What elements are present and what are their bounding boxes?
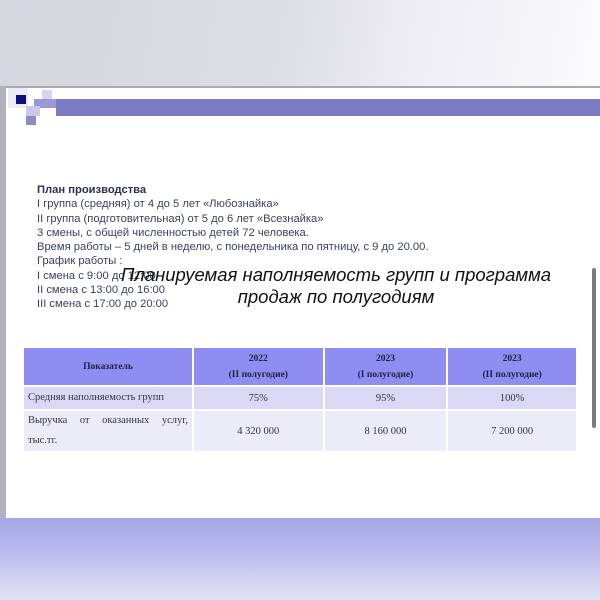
header-indicator: Показатель	[24, 348, 193, 386]
table-row: Средняя наполняемость групп 75% 95% 100%	[24, 386, 576, 410]
decor-square	[42, 90, 52, 99]
slide-title: Планируемая наполняемость групп и програ…	[66, 264, 600, 308]
slide-title-line: продаж по полугодиям	[66, 286, 600, 308]
decor-square	[26, 116, 36, 125]
decor-square	[26, 106, 40, 116]
header-2022-h2: 2022 (II полугодие)	[193, 348, 324, 386]
plan-title: План производства	[37, 183, 428, 197]
plan-line: I группа (средняя) от 4 до 5 лет «Любозн…	[37, 197, 428, 211]
header-period: (II полугодие)	[452, 367, 572, 383]
background-bottom	[0, 518, 600, 600]
decor-square-dark	[16, 95, 26, 104]
header-year: 2022	[198, 351, 319, 367]
vertical-scrollbar[interactable]	[592, 268, 596, 428]
slide-header-bar	[56, 99, 600, 116]
plan-line: II группа (подготовительная) от 5 до 6 л…	[37, 212, 428, 226]
plan-line: 3 смены, с общей численностью детей 72 ч…	[37, 226, 428, 240]
table-cell: 100%	[447, 386, 576, 410]
background-top	[0, 0, 600, 86]
table-row: Выручка от оказанных услуг, тыс.тг. 4 32…	[24, 410, 576, 452]
table-cell: 75%	[193, 386, 324, 410]
table-cell: 4 320 000	[193, 410, 324, 452]
header-2023-h2: 2023 (II полугодие)	[447, 348, 576, 386]
slide-title-line: Планируемая наполняемость групп и програ…	[66, 264, 600, 286]
header-text: Показатель	[83, 362, 133, 372]
presentation-slide: План производства I группа (средняя) от …	[6, 86, 600, 518]
row-label: Средняя наполняемость групп	[24, 386, 193, 410]
table-cell: 8 160 000	[324, 410, 448, 452]
table-cell: 7 200 000	[447, 410, 576, 452]
table-cell: 95%	[324, 386, 448, 410]
header-year: 2023	[329, 351, 443, 367]
header-period: (I полугодие)	[329, 367, 443, 383]
sales-table: Показатель 2022 (II полугодие) 2023 (I п…	[24, 348, 576, 453]
header-year: 2023	[452, 351, 572, 367]
header-2023-h1: 2023 (I полугодие)	[324, 348, 448, 386]
header-period: (II полугодие)	[198, 367, 319, 383]
plan-line: Время работы – 5 дней в неделю, с понеде…	[37, 240, 428, 254]
row-label: Выручка от оказанных услуг, тыс.тг.	[24, 410, 193, 452]
table-header-row: Показатель 2022 (II полугодие) 2023 (I п…	[24, 348, 576, 386]
